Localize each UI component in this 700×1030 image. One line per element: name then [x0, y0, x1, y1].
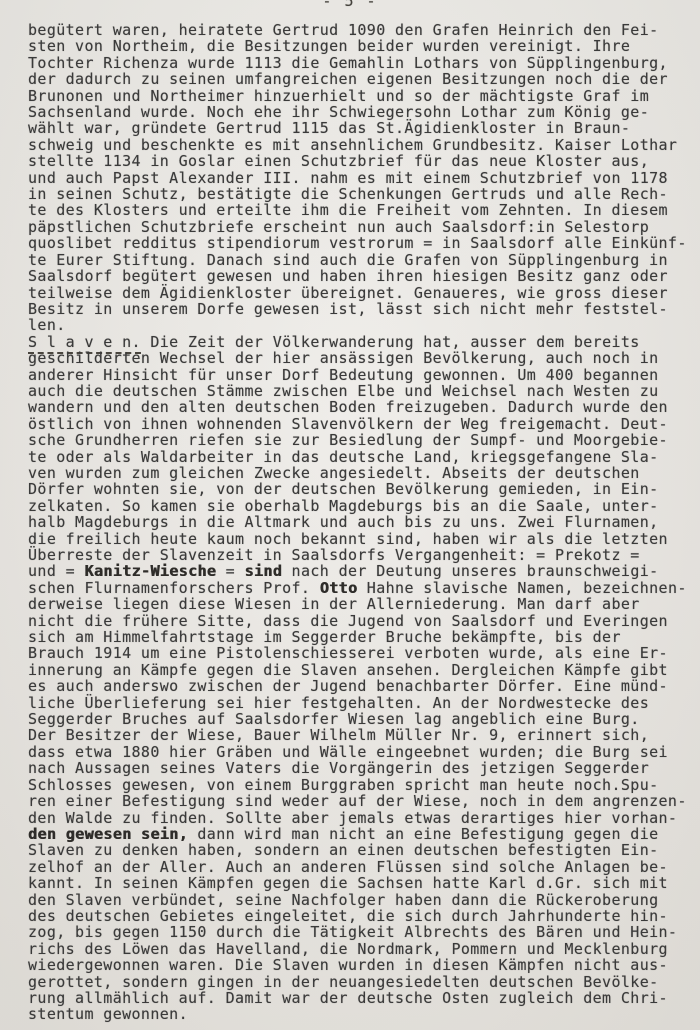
- text-line: wiedergewonnen waren. Die Slaven wurden …: [28, 957, 700, 973]
- text-line: Seggerder Bruches auf Saalsdorfer Wiesen…: [28, 711, 700, 727]
- text-segment: Die Zeit der Völkerwanderung hat, ausser…: [141, 333, 640, 351]
- text-line: te des Klosters und erteilte ihm die Fre…: [28, 202, 700, 218]
- text-line: die freilich heute kaum noch bekannt sin…: [28, 531, 700, 547]
- text-line: den Slaven verbündet, seine Nachfolger h…: [28, 892, 700, 908]
- text-line: sche Grundherren riefen sie zur Besiedlu…: [28, 432, 700, 448]
- text-line: Saalsdorf begütert gewesen und haben ihr…: [28, 268, 700, 284]
- text-line: Sachsenland wurde. Noch ehe ihr Schwiege…: [28, 104, 700, 120]
- text-line: Besitz in unserem Dorfe gewesen ist, läs…: [28, 301, 700, 317]
- text-segment: nach der Deutung unseres braunschweigi-: [282, 562, 658, 580]
- text-line: Schlosses gewesen, von einem Burggraben …: [28, 777, 700, 793]
- paragraph-slaven: S l a v e n. Die Zeit der Völkerwanderun…: [28, 334, 700, 1023]
- emphasized-text: Otto: [320, 579, 358, 597]
- text-line: päpstlichen Schutzbriefe erscheint nun a…: [28, 219, 700, 235]
- text-line: begütert waren, heiratete Gertrud 1090 d…: [28, 22, 700, 38]
- text-line: richs des Löwen das Havelland, die Nordm…: [28, 941, 700, 957]
- text-line: stentum gewonnen.: [28, 1006, 700, 1022]
- text-line: derweise liegen diese Wiesen in der Alle…: [28, 596, 700, 612]
- text-line: es auch anderswo zwischen der Jugend ben…: [28, 678, 700, 694]
- text-line: halb Magdeburgs in die Altmark und auch …: [28, 514, 700, 530]
- text-line: nicht die frühere Sitte, dass die Jugend…: [28, 613, 700, 629]
- text-segment: und =: [28, 562, 84, 580]
- text-line: Brunonen und Northeimer hinzuerhielt und…: [28, 88, 700, 104]
- text-line: schweig und beschenkte es mit ansehnlich…: [28, 137, 700, 153]
- text-line: teilweise dem Ägidienkloster übereignet.…: [28, 285, 700, 301]
- text-line: ven wurden zum gleichen Zwecke angesiede…: [28, 465, 700, 481]
- text-line: te Eurer Stiftung. Danach sind auch die …: [28, 252, 700, 268]
- emphasized-text: den gewesen sein,: [28, 825, 188, 843]
- text-line: S l a v e n. Die Zeit der Völkerwanderun…: [28, 334, 700, 350]
- text-segment: dann wird man nicht an eine Befestigung …: [188, 825, 659, 843]
- text-line: geschilderten Wechsel der hier ansässige…: [28, 350, 700, 366]
- text-line: Der Besitzer der Wiese, Bauer Wilhelm Mü…: [28, 727, 700, 743]
- text-line: der dadurch zu seinen umfangreichen eige…: [28, 71, 700, 87]
- typewritten-text-block: begütert waren, heiratete Gertrud 1090 d…: [0, 22, 700, 1023]
- text-line: und auch Papst Alexander III. nahm es mi…: [28, 170, 700, 186]
- text-line: sich am Himmelfahrtstage im Seggerder Br…: [28, 629, 700, 645]
- text-line: nach Aussagen seines Vaters die Vorgänge…: [28, 760, 700, 776]
- text-line: den Walde zu finden. Sollte aber jemals …: [28, 810, 700, 826]
- emphasized-text: Kanitz-Wiesche: [84, 562, 216, 580]
- text-line: Slaven zu denken haben, sondern an einen…: [28, 842, 700, 858]
- text-line: anderer Hinsicht für unser Dorf Bedeutun…: [28, 367, 700, 383]
- text-line: in seinen Schutz, bestätigte die Schenku…: [28, 186, 700, 202]
- text-segment: =: [216, 562, 244, 580]
- text-line: rung allmählich auf. Damit war der deuts…: [28, 990, 700, 1006]
- text-segment: Hahne slavische Namen, bezeichnen-: [357, 579, 686, 597]
- text-line: kannt. In seinen Kämpfen gegen die Sachs…: [28, 875, 700, 891]
- text-line: dass etwa 1880 hier Gräben und Wälle ein…: [28, 744, 700, 760]
- paragraph-supplingenburg-besitz: begütert waren, heiratete Gertrud 1090 d…: [28, 22, 700, 334]
- text-line: innerung an Kämpfe gegen die Slaven anse…: [28, 662, 700, 678]
- text-line: den gewesen sein, dann wird man nicht an…: [28, 826, 700, 842]
- text-line: zelkaten. So kamen sie oberhalb Magdebur…: [28, 498, 700, 514]
- scanned-page: - 5 - begütert waren, heiratete Gertrud …: [0, 0, 700, 1030]
- text-line: wählt war, gründete Gertrud 1115 das St.…: [28, 120, 700, 136]
- text-line: zog, bis gegen 1150 durch die Tätigkeit …: [28, 924, 700, 940]
- text-line: Brauch 1914 um eine Pistolenschiesserei …: [28, 645, 700, 661]
- text-line: gerottet, sondern gingen in der neuanges…: [28, 974, 700, 990]
- text-line: auch die deutschen Stämme zwischen Elbe …: [28, 383, 700, 399]
- text-line: östlich von ihnen wohnenden Slavenvölker…: [28, 416, 700, 432]
- text-line: Überreste der Slavenzeit in Saalsdorfs V…: [28, 547, 700, 563]
- text-line: des deutschen Gebietes eingeleitet, die …: [28, 908, 700, 924]
- text-line: quoslibet redditus stipendiorum vestroru…: [28, 235, 700, 251]
- text-line: und = Kanitz-Wiesche = sind nach der Deu…: [28, 563, 700, 579]
- text-line: zelhof an der Aller. Auch an anderen Flü…: [28, 859, 700, 875]
- text-line: ren einer Befestigung sind weder auf der…: [28, 793, 700, 809]
- text-line: Tochter Richenza wurde 1113 die Gemahlin…: [28, 55, 700, 71]
- text-line: schen Flurnamenforschers Prof. Otto Hahn…: [28, 580, 700, 596]
- text-line: liche Überlieferung sei hier festgehalte…: [28, 695, 700, 711]
- text-line: Dörfer wohnten sie, von der deutschen Be…: [28, 481, 700, 497]
- text-line: te oder als Waldarbeiter in das deutsche…: [28, 449, 700, 465]
- emphasized-text: sind: [244, 562, 282, 580]
- text-line: sten von Northeim, die Besitzungen beide…: [28, 38, 700, 54]
- text-segment: schen Flurnamenforschers Prof.: [28, 579, 320, 597]
- text-line: stellte 1134 in Goslar einen Schutzbrief…: [28, 153, 700, 169]
- text-line: wandern und den alten deutschen Boden fr…: [28, 399, 700, 415]
- text-line: len.: [28, 317, 700, 333]
- page-number: - 5 -: [0, 0, 700, 9]
